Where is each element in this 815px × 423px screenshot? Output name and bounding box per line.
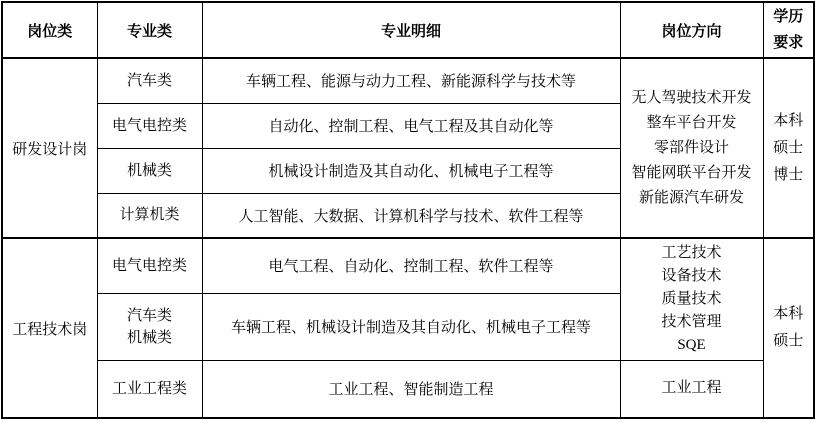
- header-major-detail: 专业明细: [202, 2, 620, 58]
- direction-cell: 无人驾驶技术开发整车平台开发零部件设计智能网联平台开发新能源汽车研发: [620, 58, 763, 238]
- education-cell: 本科硕士博士: [763, 58, 814, 238]
- header-education: 学历要求: [763, 2, 814, 58]
- major-detail-cell: 电气工程、自动化、控制工程、软件工程等: [202, 238, 620, 293]
- major-class-cell: 电气电控类: [97, 103, 202, 148]
- recruitment-table: 岗位类 专业类 专业明细 岗位方向 学历要求 研发设计岗 汽车类 车辆工程、能源…: [1, 1, 815, 419]
- major-class-cell: 计算机类: [97, 193, 202, 238]
- major-class-cell: 汽车类: [97, 58, 202, 103]
- major-detail-cell: 车辆工程、能源与动力工程、新能源科学与技术等: [202, 58, 620, 103]
- major-detail-cell: 人工智能、大数据、计算机科学与技术、软件工程等: [202, 193, 620, 238]
- direction-cell: 工业工程: [620, 360, 763, 418]
- position-class-cell: 研发设计岗: [2, 58, 97, 238]
- table-row: 工程技术岗 电气电控类 电气工程、自动化、控制工程、软件工程等 工艺技术设备技术…: [2, 238, 814, 293]
- major-class-cell: 汽车类机械类: [97, 293, 202, 360]
- major-class-cell: 机械类: [97, 148, 202, 193]
- major-detail-cell: 车辆工程、机械设计制造及其自动化、机械电子工程等: [202, 293, 620, 360]
- direction-cell: 工艺技术设备技术质量技术技术管理SQE: [620, 238, 763, 360]
- header-row: 岗位类 专业类 专业明细 岗位方向 学历要求: [2, 2, 814, 58]
- table-row: 工业工程类 工业工程、智能制造工程 工业工程: [2, 360, 814, 418]
- header-direction: 岗位方向: [620, 2, 763, 58]
- major-detail-cell: 机械设计制造及其自动化、机械电子工程等: [202, 148, 620, 193]
- header-position-class: 岗位类: [2, 2, 97, 58]
- major-class-cell: 电气电控类: [97, 238, 202, 293]
- table-row: 研发设计岗 汽车类 车辆工程、能源与动力工程、新能源科学与技术等 无人驾驶技术开…: [2, 58, 814, 103]
- position-class-cell: 工程技术岗: [2, 238, 97, 418]
- page: 岗位类 专业类 专业明细 岗位方向 学历要求 研发设计岗 汽车类 车辆工程、能源…: [0, 0, 815, 420]
- major-class-cell: 工业工程类: [97, 360, 202, 418]
- header-major-class: 专业类: [97, 2, 202, 58]
- major-detail-cell: 工业工程、智能制造工程: [202, 360, 620, 418]
- major-detail-cell: 自动化、控制工程、电气工程及其自动化等: [202, 103, 620, 148]
- education-cell: 本科硕士: [763, 238, 814, 418]
